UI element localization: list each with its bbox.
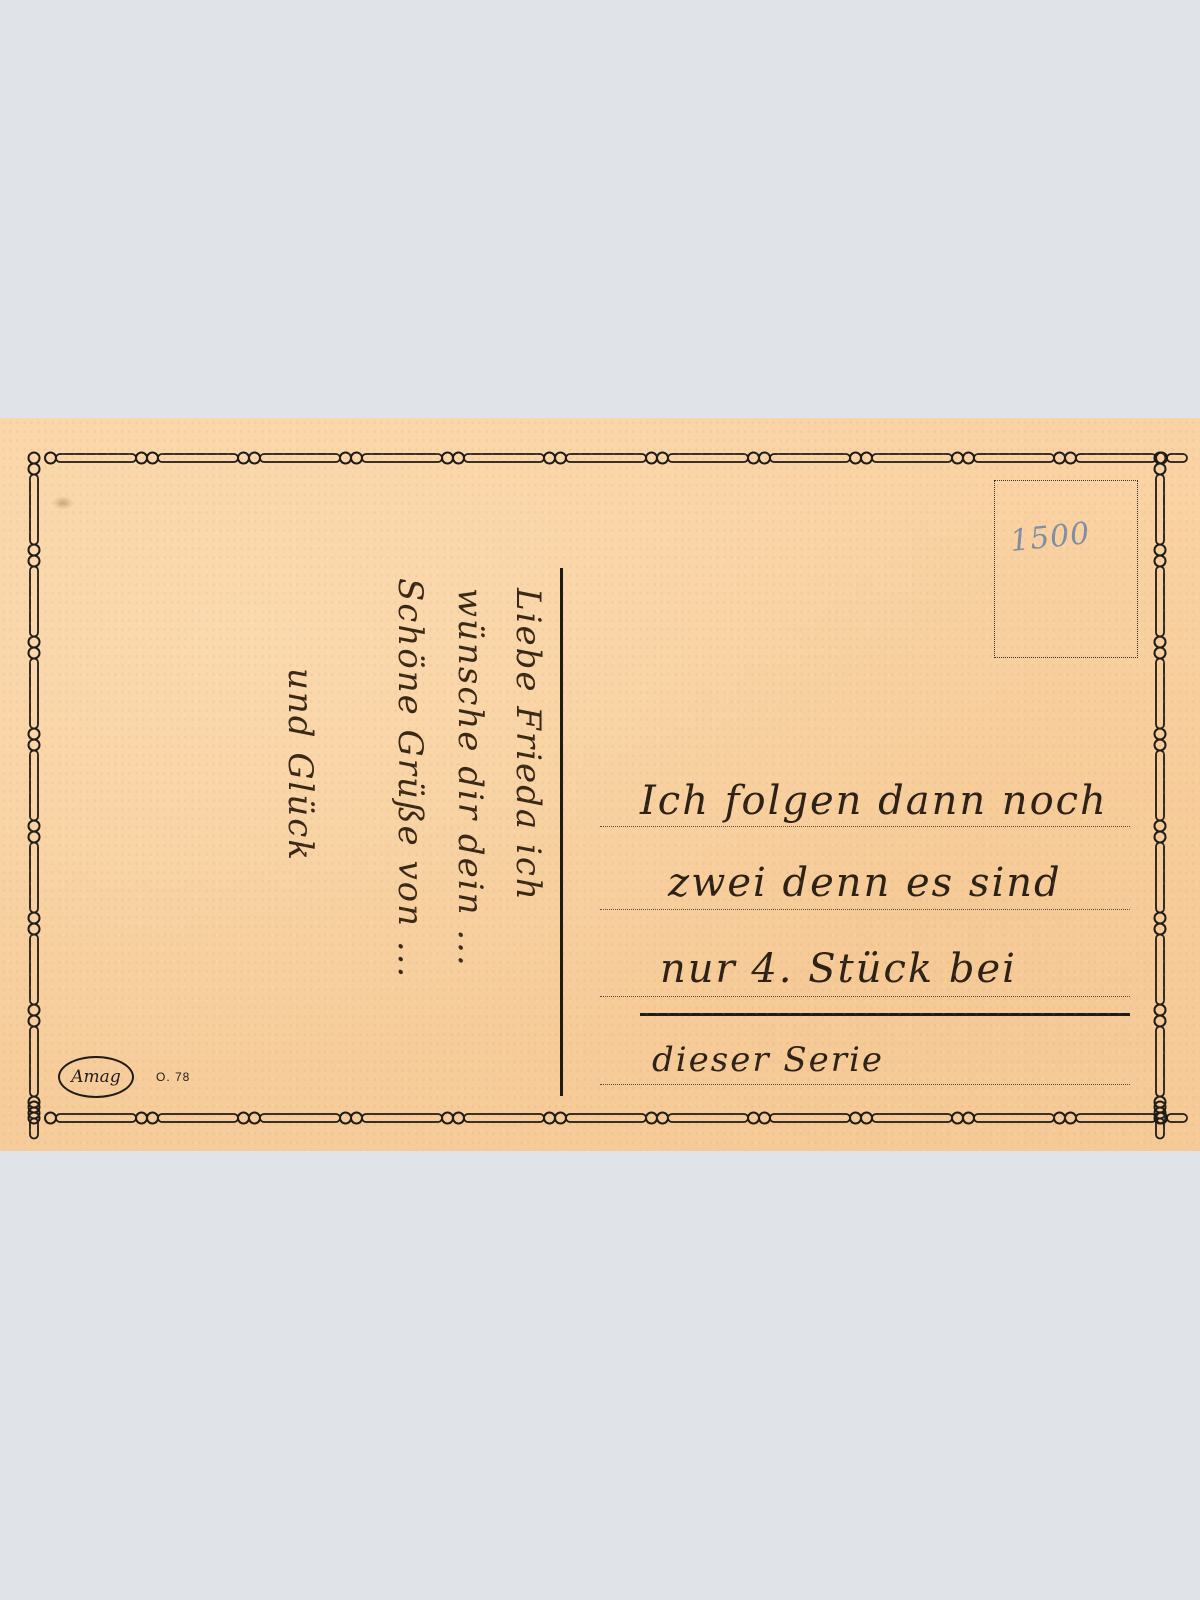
address-line-3 — [600, 996, 1130, 997]
message-line-2: wünsche dir dein ... — [450, 588, 490, 968]
center-divider — [560, 568, 563, 1096]
ink-smudge — [52, 496, 74, 510]
message-line-1: Liebe Frieda ich — [508, 588, 548, 902]
address-text-1: Ich folgen dann noch — [640, 778, 1108, 824]
series-number: O. 78 — [156, 1070, 190, 1084]
address-text-3: nur 4. Stück bei — [660, 946, 1017, 992]
address-solid-line — [640, 1013, 1130, 1016]
message-line-3: Schöne Grüße von ... — [390, 578, 430, 979]
image-viewer: 1500 Ich folgen dann noch zwei denn es s… — [0, 0, 1200, 1600]
amag-logo: Amag — [58, 1056, 134, 1098]
address-text-2: zwei denn es sind — [668, 860, 1062, 906]
postcard-back: 1500 Ich folgen dann noch zwei denn es s… — [0, 418, 1200, 1151]
address-text-4: dieser Serie — [652, 1040, 884, 1080]
address-line-1 — [600, 826, 1130, 827]
stamp-box — [994, 480, 1138, 658]
publisher-mark: Amag O. 78 — [58, 1056, 190, 1098]
address-line-2 — [600, 909, 1130, 910]
address-line-4 — [600, 1084, 1130, 1085]
message-line-4: und Glück — [280, 668, 320, 862]
